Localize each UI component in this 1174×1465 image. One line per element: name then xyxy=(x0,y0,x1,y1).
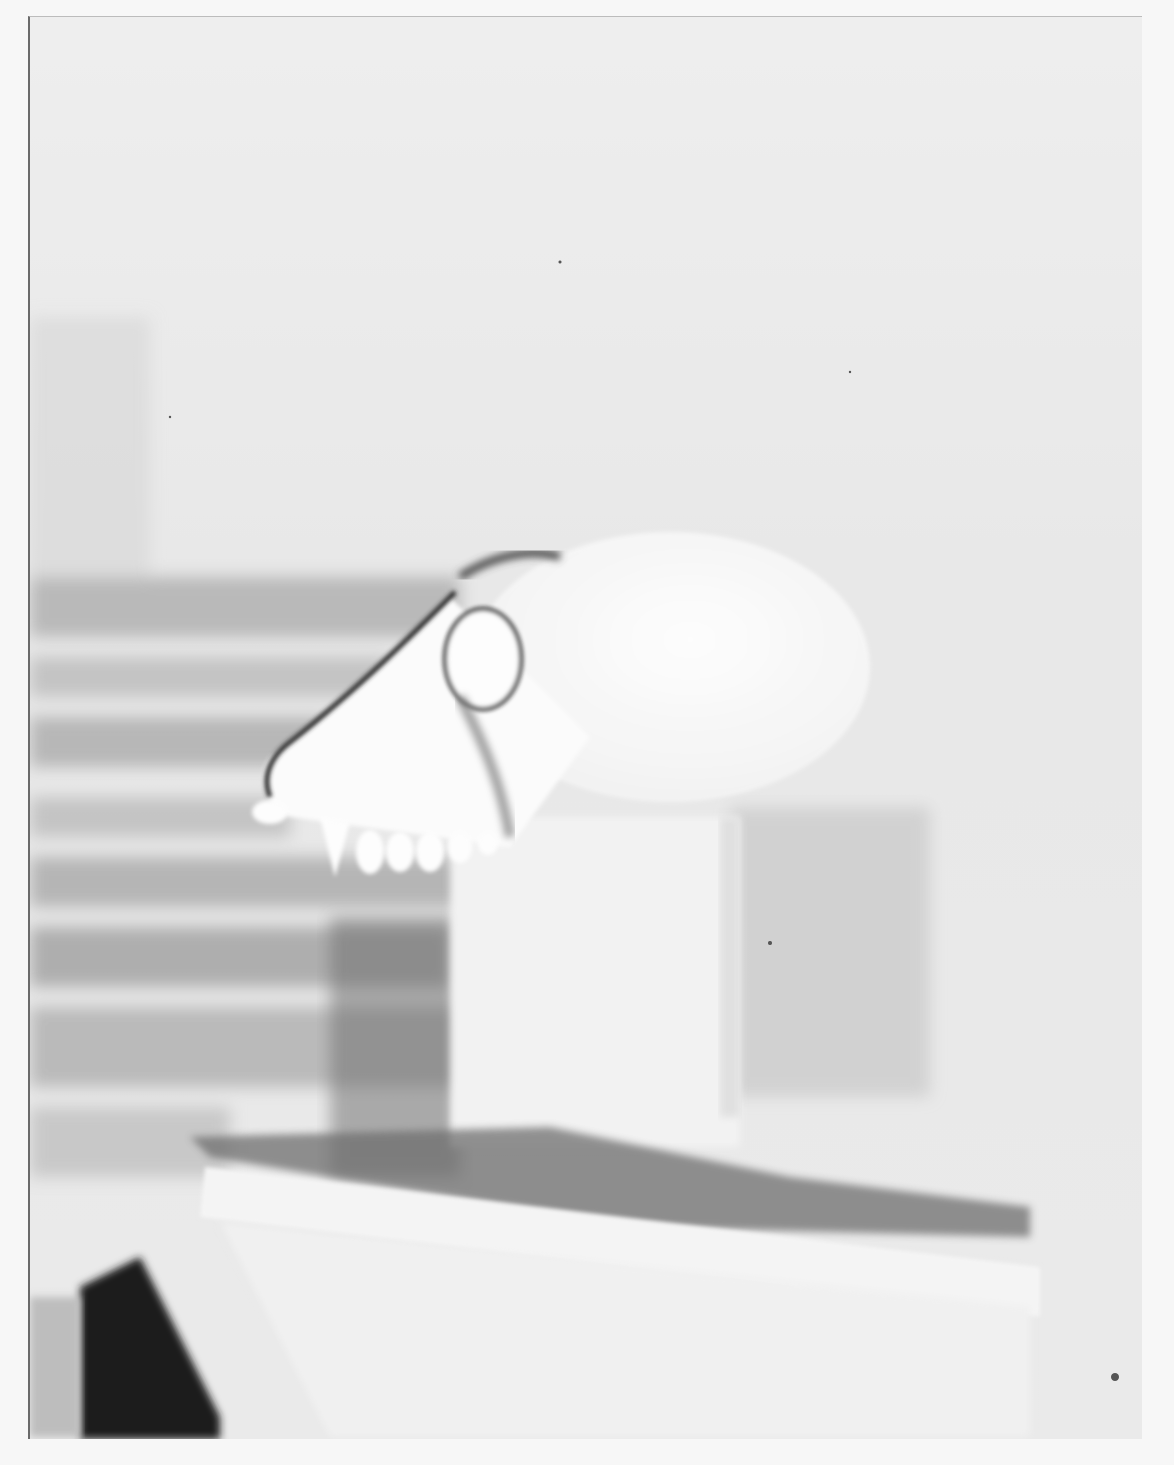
pedestal xyxy=(450,817,740,1147)
photo-scene xyxy=(30,17,1142,1439)
eye-socket xyxy=(445,609,521,709)
wall-shadow xyxy=(730,807,930,1097)
photo-paper xyxy=(0,0,1174,1465)
photo-print xyxy=(28,16,1142,1439)
